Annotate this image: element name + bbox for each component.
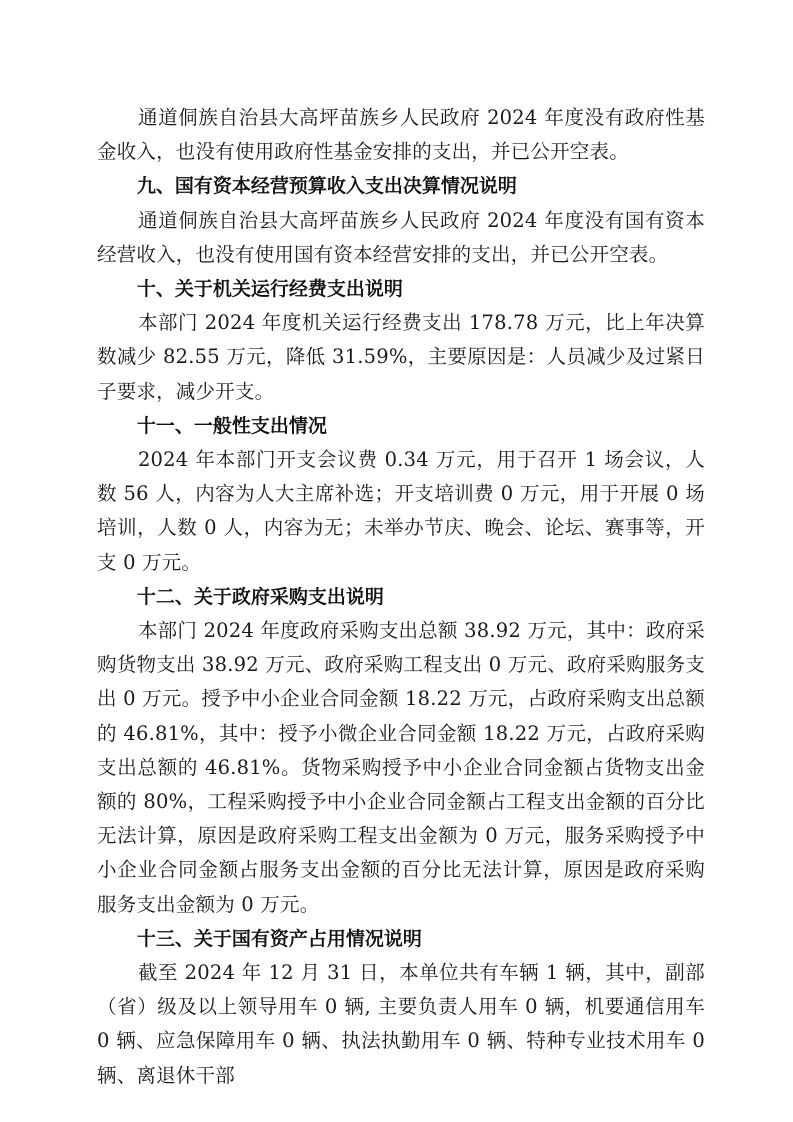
paragraph-government-fund: 通道侗族自治县大高坪苗族乡人民政府 2024 年度没有政府性基金收入，也没有使用… <box>97 101 705 169</box>
heading-section-13: 十三、关于国有资产占用情况说明 <box>97 922 705 956</box>
paragraph-state-assets: 截至 2024 年 12 月 31 日，本单位共有车辆 1 辆，其中，副部（省）… <box>97 956 705 1093</box>
paragraph-state-capital: 通道侗族自治县大高坪苗族乡人民政府 2024 年度没有国有资本经营收入，也没有使… <box>97 204 705 272</box>
paragraph-general-expenses: 2024 年本部门开支会议费 0.34 万元，用于召开 1 场会议，人数 56 … <box>97 443 705 580</box>
heading-section-12: 十二、关于政府采购支出说明 <box>97 580 705 614</box>
paragraph-procurement: 本部门 2024 年度政府采购支出总额 38.92 万元，其中：政府采购货物支出… <box>97 614 705 922</box>
heading-section-11: 十一、一般性支出情况 <box>97 409 705 443</box>
heading-section-10: 十、关于机关运行经费支出说明 <box>97 272 705 306</box>
document-page: 通道侗族自治县大高坪苗族乡人民政府 2024 年度没有政府性基金收入，也没有使用… <box>97 101 705 1093</box>
paragraph-operating-expenses: 本部门 2024 年度机关运行经费支出 178.78 万元，比上年决算数减少 8… <box>97 306 705 409</box>
heading-section-9: 九、国有资本经营预算收入支出决算情况说明 <box>97 169 705 203</box>
